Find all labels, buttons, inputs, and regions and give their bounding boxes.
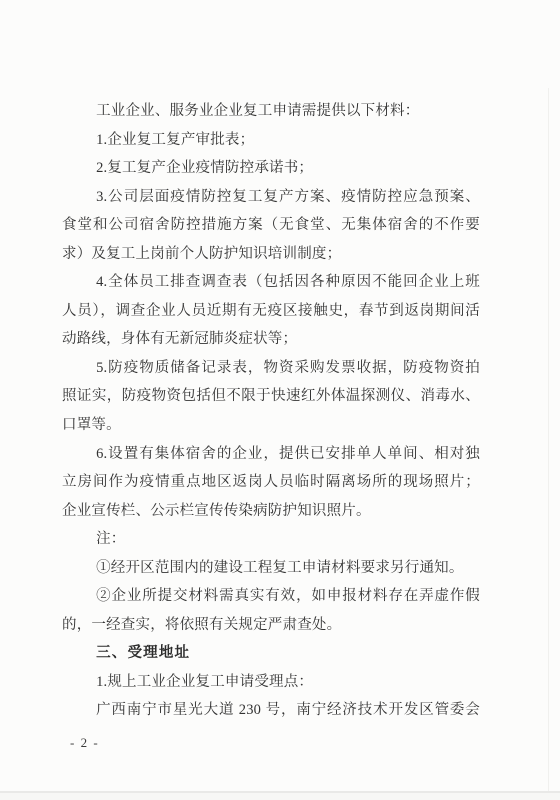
material-item-2: 2.复工复产企业疫情防控承诺书； — [62, 154, 480, 183]
section-heading-address: 三、受理地址 — [62, 639, 480, 668]
notes-label: 注： — [62, 525, 480, 554]
page-number: - 2 - — [70, 735, 99, 751]
material-item-5-line: 照证实，防疫物资包括但不限于快速红外体温探测仪、消毒水、 — [62, 382, 480, 411]
note-item-2-line: 的，一经查实，将依照有关规定严肃查处。 — [62, 611, 480, 640]
address-line: 广西南宁市星光大道 230 号，南宁经济技术开发区管委会 — [62, 696, 480, 725]
material-item-6-line: 6.设置有集体宿舍的企业，提供已安排单人单间、相对独 — [62, 440, 480, 469]
material-item-3-line: 食堂和公司宿舍防控措施方案（无食堂、无集体宿舍的不作要 — [62, 211, 480, 240]
document-body: 工业企业、服务业企业复工申请需提供以下材料： 1.企业复工复产审批表； 2.复工… — [62, 97, 480, 725]
material-item-3-line: 求）及复工上岗前个人防护知识培训制度； — [62, 240, 480, 269]
materials-intro-line: 工业企业、服务业企业复工申请需提供以下材料： — [62, 97, 480, 126]
scan-right-edge-shadow — [548, 88, 549, 792]
material-item-3-line: 3.公司层面疫情防控复工复产方案、疫情防控应急预案、 — [62, 183, 480, 212]
material-item-6-line: 立房间作为疫情重点地区返岗人员临时隔离场所的现场照片； — [62, 468, 480, 497]
material-item-5-line: 口罩等。 — [62, 411, 480, 440]
material-item-4-line: 4.全体员工排查调查表（包括因各种原因不能回企业上班 — [62, 268, 480, 297]
note-item-1: ①经开区范围内的建设工程复工申请材料要求另行通知。 — [62, 554, 480, 583]
material-item-4-line: 动路线，身体有无新冠肺炎症状等； — [62, 325, 480, 354]
acceptance-point-label: 1.规上工业企业复工申请受理点： — [62, 668, 480, 697]
material-item-1: 1.企业复工复产审批表； — [62, 126, 480, 155]
scanned-document-page: 工业企业、服务业企业复工申请需提供以下材料： 1.企业复工复产审批表； 2.复工… — [0, 0, 560, 800]
note-item-2-line: ②企业所提交材料需真实有效，如申报材料存在弄虚作假 — [62, 582, 480, 611]
material-item-4-line: 人员），调查企业人员近期有无疫区接触史，春节到返岗期间活 — [62, 297, 480, 326]
material-item-5-line: 5.防疫物质储备记录表，物资采购发票收据，防疫物资拍 — [62, 354, 480, 383]
material-item-6-line: 企业宣传栏、公示栏宣传传染病防护知识照片。 — [62, 497, 480, 526]
scan-bottom-edge-halo — [0, 793, 560, 800]
